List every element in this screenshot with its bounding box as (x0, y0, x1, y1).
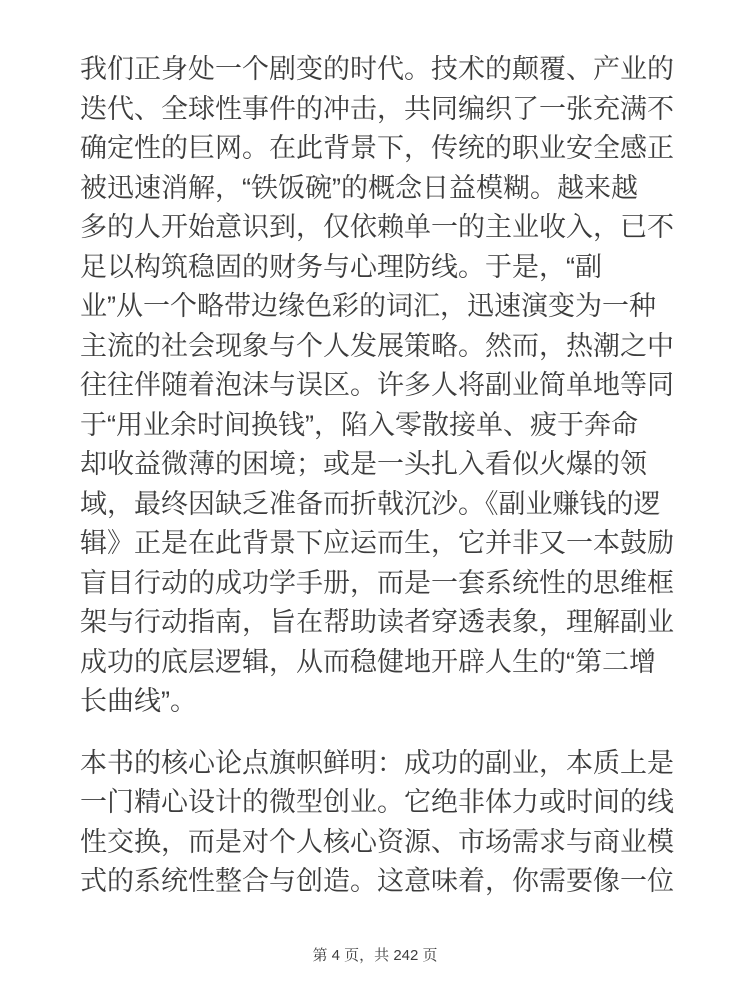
text-line: 却收益微薄的困境；或是一头扎入看似火爆的领 (80, 445, 680, 485)
page-indicator: 第 4 页，共 242 页 (312, 947, 437, 964)
text-line: 业”从一个略带边缘色彩的词汇，迅速演变为一种 (80, 287, 680, 327)
text-line: 盲目行动的成功学手册，而是一套系统性的思维框 (80, 564, 680, 604)
text-line: 性交换，而是对个人核心资源、市场需求与商业模 (80, 823, 680, 863)
text-line: 长曲线”。 (80, 682, 680, 722)
paragraph: 本书的核心论点旗帜鲜明：成功的副业，本质上是一门精心设计的微型创业。它绝非体力或… (80, 744, 680, 902)
text-line: 一门精心设计的微型创业。它绝非体力或时间的线 (80, 783, 680, 823)
document-page: 我们正身处一个剧变的时代。技术的颠覆、产业的迭代、全球性事件的冲击，共同编织了一… (0, 0, 750, 1000)
text-line: 架与行动指南，旨在帮助读者穿透表象，理解副业 (80, 603, 680, 643)
text-line: 我们正身处一个剧变的时代。技术的颠覆、产业的 (80, 50, 680, 90)
text-line: 足以构筑稳固的财务与心理防线。于是，“副 (80, 248, 680, 288)
page-text-block: 我们正身处一个剧变的时代。技术的颠覆、产业的迭代、全球性事件的冲击，共同编织了一… (80, 50, 680, 902)
text-line: 往往伴随着泡沫与误区。许多人将副业简单地等同 (80, 366, 680, 406)
paragraph: 我们正身处一个剧变的时代。技术的颠覆、产业的迭代、全球性事件的冲击，共同编织了一… (80, 50, 680, 722)
text-line: 于“用业余时间换钱”，陷入零散接单、疲于奔命 (80, 406, 680, 446)
text-line: 多的人开始意识到，仅依赖单一的主业收入，已不 (80, 208, 680, 248)
text-line: 确定性的巨网。在此背景下，传统的职业安全感正 (80, 129, 680, 169)
text-line: 域，最终因缺乏准备而折戟沉沙。《副业赚钱的逻 (80, 485, 680, 525)
text-line: 式的系统性整合与创造。这意味着，你需要像一位 (80, 862, 680, 902)
text-line: 被迅速消解，“铁饭碗”的概念日益模糊。越来越 (80, 169, 680, 209)
page-footer: 第 4 页，共 242 页 (0, 944, 750, 965)
text-line: 迭代、全球性事件的冲击，共同编织了一张充满不 (80, 90, 680, 130)
text-line: 本书的核心论点旗帜鲜明：成功的副业，本质上是 (80, 744, 680, 784)
text-line: 主流的社会现象与个人发展策略。然而，热潮之中 (80, 327, 680, 367)
text-line: 辑》正是在此背景下应运而生，它并非又一本鼓励 (80, 524, 680, 564)
text-line: 成功的底层逻辑，从而稳健地开辟人生的“第二增 (80, 643, 680, 683)
